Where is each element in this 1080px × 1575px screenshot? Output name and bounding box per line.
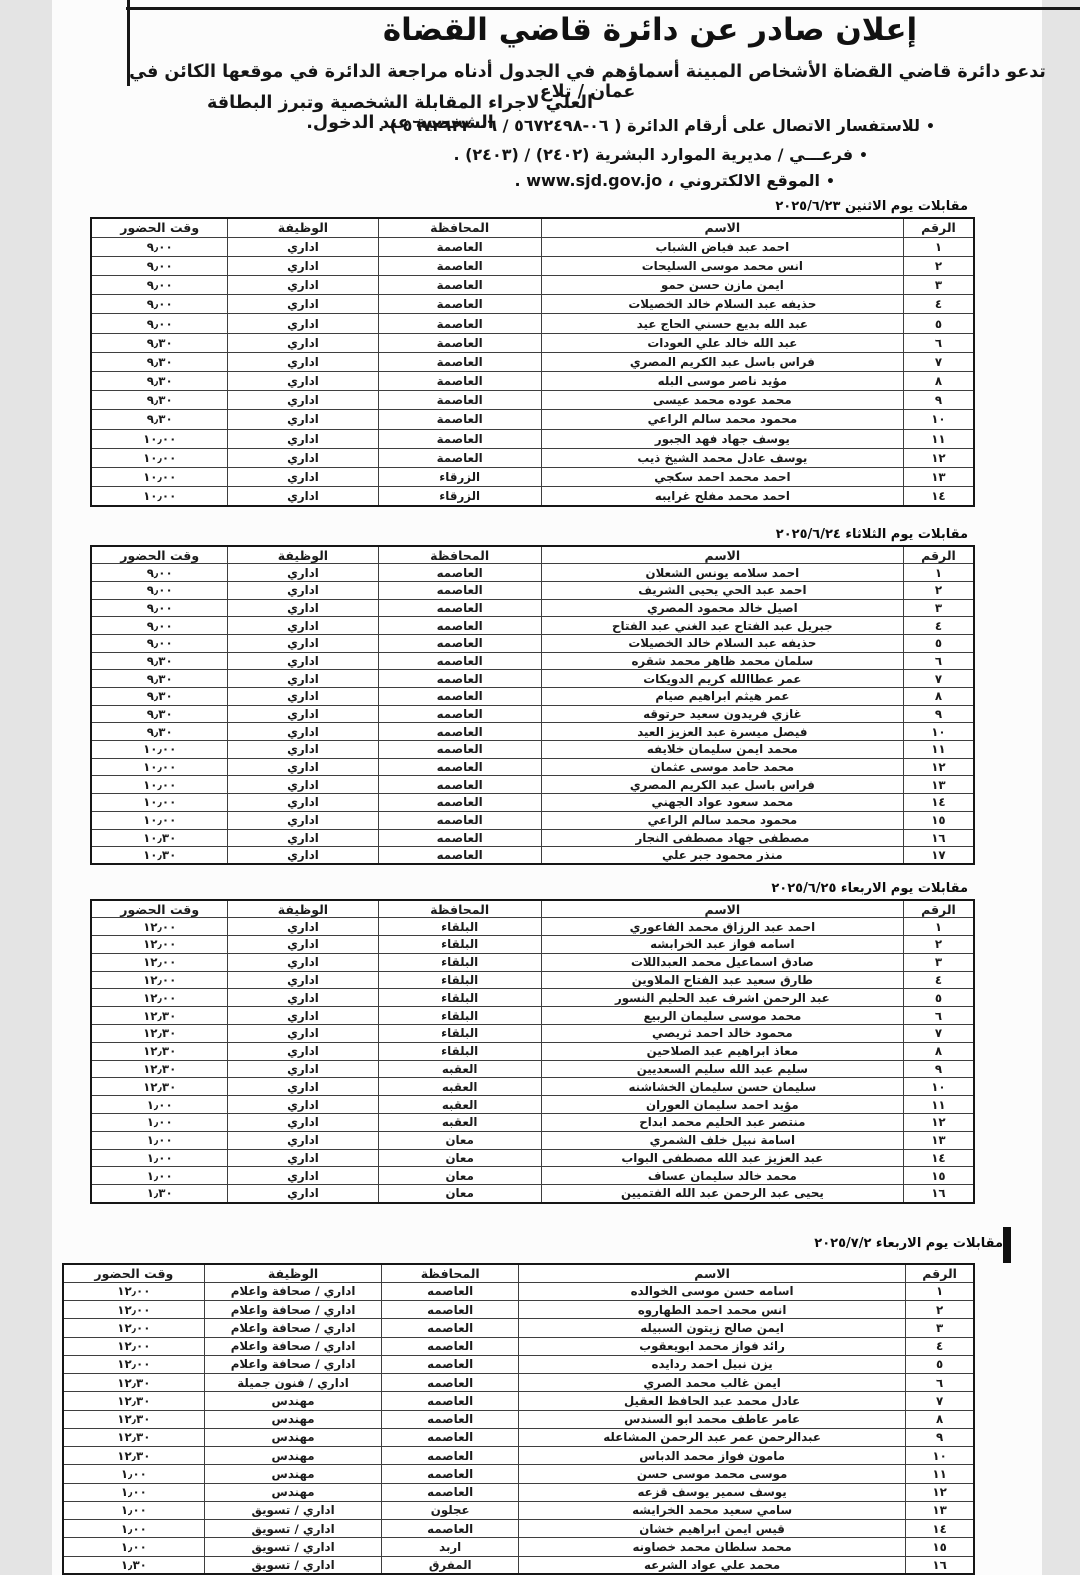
table-cell: محمد عوده محمد عيسى [541, 391, 903, 410]
table-row: ١٥محمود محمد سالم الراعيالعاصمهاداري١٠٫٠… [91, 811, 974, 829]
table-cell: البلقاء [378, 918, 541, 936]
column-header: الاسم [541, 546, 903, 564]
table-cell: العاصمة [378, 391, 541, 410]
table-cell: العاصمة [378, 372, 541, 391]
table-row: ١احمد عبد فياض الشبابالعاصمةاداري٩٫٠٠ [91, 237, 974, 256]
table-row: ٢انس محمد موسى السليحاتالعاصمةاداري٩٫٠٠ [91, 256, 974, 275]
interview-table-tuesday: الرقمالاسمالمحافظةالوظيفةوقت الحضور١احمد… [90, 545, 975, 865]
table-cell: ١٥ [903, 1167, 974, 1185]
column-header: المحافظة [378, 218, 541, 237]
table-cell: ١ [903, 918, 974, 936]
table-cell: ٩٫٠٠ [91, 564, 228, 582]
table-row: ٧عمر عطاالله كريم الدويكاتالعاصمهاداري٩٫… [91, 670, 974, 688]
table-cell: ٧ [903, 1025, 974, 1043]
table-cell: ١٫٣٠ [91, 1185, 228, 1203]
table-cell: اداري [228, 1060, 378, 1078]
table-cell: اداري [228, 741, 378, 759]
table-cell: العاصمه [378, 670, 541, 688]
table-cell: العاصمة [378, 410, 541, 429]
table-cell: العاصمه [382, 1392, 519, 1410]
table-row: ١٢محمد حامد موسى عثمانالعاصمهاداري١٠٫٠٠ [91, 758, 974, 776]
table-cell: اداري [228, 429, 378, 448]
table-cell: ١٫٠٠ [63, 1520, 204, 1538]
table-cell: محمد خالد سليمان عساف [541, 1167, 903, 1185]
column-header: الوظيفة [228, 546, 378, 564]
table-cell: ١٢ [903, 1114, 974, 1132]
table-cell: اداري [228, 276, 378, 295]
header-row: الرقمالاسمالمحافظةالوظيفةوقت الحضور [91, 546, 974, 564]
column-header: وقت الحضور [91, 900, 228, 918]
table-cell: ٥ [903, 989, 974, 1007]
table-cell: العاصمة [378, 314, 541, 333]
table-cell: العاصمة [378, 429, 541, 448]
table-cell: ١٠ [906, 1447, 974, 1465]
table-cell: اداري [228, 705, 378, 723]
table-cell: اداري [228, 1167, 378, 1185]
table-cell: جبريل عبد الفتاح عبد الغني عبد الفتاح [541, 617, 903, 635]
table-cell: فراس باسل عبد الكريم المصري [541, 776, 903, 794]
table-cell: ٩٫٠٠ [91, 599, 228, 617]
table-cell: العاصمه [378, 634, 541, 652]
table-row: ١١يوسف جهاد فهد الجبورالعاصمةاداري١٠٫٠٠ [91, 429, 974, 448]
table-row: ١٠فيصل ميسرة عبد العزيز العيدالعاصمهادار… [91, 723, 974, 741]
table-cell: ٩٫٠٠ [91, 295, 228, 314]
table-cell: اداري [228, 391, 378, 410]
column-header: الاسم [541, 218, 903, 237]
table-cell: ١٢٫٠٠ [91, 971, 228, 989]
table-row: ٦محمد موسى سليمان الربيعالبلقاءاداري١٢٫٣… [91, 1007, 974, 1025]
table-cell: العاصمه [378, 688, 541, 706]
table-cell: ١٠ [903, 410, 974, 429]
table-row: ٣صادق اسماعيل محمد العبداللاتالبلقاءادار… [91, 953, 974, 971]
table-cell: ١٢٫٠٠ [63, 1337, 204, 1355]
table-cell: عبد الرحمن اشرف عبد الحليم النسور [541, 989, 903, 1007]
header-row: الرقمالاسمالمحافظةالوظيفةوقت الحضور [91, 218, 974, 237]
table-cell: ٩٫٠٠ [91, 256, 228, 275]
table-row: ١٤محمد سعود عواد الجهنيالعاصمهاداري١٠٫٠٠ [91, 794, 974, 812]
table-cell: يوسف جهاد فهد الجبور [541, 429, 903, 448]
column-header: وقت الحضور [63, 1264, 204, 1282]
table-cell: مصطفى جهاد مصطفى النجار [541, 829, 903, 847]
table-cell: ٧ [903, 670, 974, 688]
table-row: ١احمد عبد الرزاق محمد الفاعوريالبلقاءادا… [91, 918, 974, 936]
table-cell: ١٢ [906, 1483, 974, 1501]
table-cell: محمود محمد سالم الراعي [541, 811, 903, 829]
table-cell: ١٠٫٠٠ [91, 758, 228, 776]
table-cell: اداري [228, 971, 378, 989]
table-cell: ١٢٫٣٠ [63, 1392, 204, 1410]
table-cell: العاصمه [382, 1355, 519, 1373]
table-row: ٣اصيل خالد محمود المصريالعاصمهاداري٩٫٠٠ [91, 599, 974, 617]
table-cell: العاصمه [382, 1447, 519, 1465]
table-cell: ١٦ [903, 829, 974, 847]
table-cell: العاصمه [378, 581, 541, 599]
table-cell: ٩٫٣٠ [91, 705, 228, 723]
table-cell: ٥ [906, 1355, 974, 1373]
interview-table-wednesday-2: الرقمالاسمالمحافظةالوظيفةوقت الحضور١اسام… [62, 1263, 975, 1575]
table-cell: ٥ [903, 634, 974, 652]
interview-table-wednesday-1: الرقمالاسمالمحافظةالوظيفةوقت الحضور١احمد… [90, 899, 975, 1204]
table-cell: ٨ [903, 688, 974, 706]
table-cell: ١٢٫٠٠ [91, 953, 228, 971]
table-cell: اداري [228, 1007, 378, 1025]
table-cell: العاصمة [378, 352, 541, 371]
table-cell: غازي فريدون سعيد حرتوقه [541, 705, 903, 723]
table-row: ٨عامر عاطف محمد ابو السندسالعاصمهمهندس١٢… [63, 1410, 974, 1428]
table-cell: اداري [228, 688, 378, 706]
phone-number-2: ٠٦-٥٦٧٢٦٣٣ [403, 116, 498, 135]
bullet-branch: •فرعـــي / مديرية الموارد البشرية (٢٤٠٢)… [453, 145, 868, 164]
table-cell: اداري [228, 564, 378, 582]
table-cell: ٤ [903, 971, 974, 989]
column-header: المحافظة [378, 900, 541, 918]
table-cell: ٩٫٣٠ [91, 670, 228, 688]
table-cell: محمد سعود عواد الجهني [541, 794, 903, 812]
table-cell: اداري / تسويق [204, 1520, 382, 1538]
table-cell: ١٢٫٠٠ [91, 918, 228, 936]
table-cell: طارق سعيد عبد الفتاح الملاوين [541, 971, 903, 989]
table-cell: ٧ [903, 352, 974, 371]
table-row: ١احمد سلامه يونس الشعلانالعاصمهاداري٩٫٠٠ [91, 564, 974, 582]
table-cell: اداري [228, 487, 378, 506]
table-cell: عادل محمد عبد الحافظ العقيل [519, 1392, 906, 1410]
bullet-dot-icon: • [853, 148, 868, 164]
column-header: الاسم [541, 900, 903, 918]
table-row: ١اسامه حسن موسى الخوالدهالعاصمهاداري / ص… [63, 1282, 974, 1300]
table-cell: حذيفه عبد السلام خالد الخصيلات [541, 634, 903, 652]
table-cell: مهندس [204, 1447, 382, 1465]
table-cell: اداري [228, 467, 378, 486]
table-cell: ١٤ [903, 1149, 974, 1167]
table-cell: اداري [228, 811, 378, 829]
bullet-phone: •للاستفسار الاتصال على أرقام الدائرة ( ٠… [378, 116, 935, 135]
table-row: ٦ايمن غالب محمد الصريالعاصمهاداري / فنون… [63, 1374, 974, 1392]
table-cell: اداري [228, 237, 378, 256]
table-cell: ١٢٫٠٠ [91, 989, 228, 1007]
table-cell: العاصمه [382, 1410, 519, 1428]
table-cell: ٩٫٠٠ [91, 276, 228, 295]
table-cell: عمر هيثم ابراهيم صيام [541, 688, 903, 706]
table-cell: عمر عطاالله كريم الدويكات [541, 670, 903, 688]
table-cell: عبدالرحمن عمر عبد الرحمن المشاعله [519, 1428, 906, 1446]
table-cell: اداري [228, 1131, 378, 1149]
section-heading-monday: مقابلات يوم الاثنين ٢٠٢٥/٦/٢٣ [775, 199, 968, 214]
table-cell: اداري [228, 295, 378, 314]
table-row: ١٢يوسف سمير يوسف قزعهالعاصمهمهندس١٫٠٠ [63, 1483, 974, 1501]
table-cell: عبد الله بديع حسني الحاج عيد [541, 314, 903, 333]
table-cell: العاصمه [378, 564, 541, 582]
table-cell: اداري [228, 1025, 378, 1043]
table-cell: ١٢٫٠٠ [63, 1282, 204, 1300]
table-row: ٦سلمان محمد ظاهر محمد شقرهالعاصمهاداري٩٫… [91, 652, 974, 670]
table-cell: العاصمه [382, 1337, 519, 1355]
table-cell: اداري [228, 776, 378, 794]
table-cell: محمد حامد موسى عثمان [541, 758, 903, 776]
table-cell: ١٢٫٣٠ [91, 1007, 228, 1025]
table-cell: عبد الله خالد علي العودات [541, 333, 903, 352]
table-cell: اسامة نبيل خلف الشمري [541, 1131, 903, 1149]
table-cell: احمد عبد الرزاق محمد الفاعوري [541, 918, 903, 936]
table-cell: العاصمه [378, 758, 541, 776]
table-cell: اداري [228, 723, 378, 741]
table-cell: اداري [228, 794, 378, 812]
table-cell: ١٫٠٠ [63, 1501, 204, 1519]
branch-bullet-text: فرعـــي / مديرية الموارد البشرية (٢٤٠٢) … [453, 145, 853, 164]
table-cell: ١٢٫٠٠ [63, 1301, 204, 1319]
table-row: ١١موسى محمد موسى حسنالعاصمهمهندس١٫٠٠ [63, 1465, 974, 1483]
table-cell: ٩٫٣٠ [91, 723, 228, 741]
phone-separator: / [503, 116, 509, 135]
table-row: ٩محمد عوده محمد عيسىالعاصمةاداري٩٫٣٠ [91, 391, 974, 410]
table-row: ١٠محمود محمد سالم الراعيالعاصمةاداري٩٫٣٠ [91, 410, 974, 429]
table-cell: ١١ [903, 1096, 974, 1114]
table-row: ١٦محمد علي عواد الشرعهالمفرقاداري / تسوي… [63, 1556, 974, 1574]
table-cell: ١٠٫٣٠ [91, 829, 228, 847]
table-cell: معان [378, 1149, 541, 1167]
table-row: ٥يزن نبيل احمد ردايدهالعاصمهاداري / صحاف… [63, 1355, 974, 1373]
table-cell: العاصمة [378, 276, 541, 295]
table-cell: ١٢٫٣٠ [91, 1025, 228, 1043]
table-row: ٤حذيفه عبد السلام خالد الخصيلاتالعاصمةاد… [91, 295, 974, 314]
table-cell: البلقاء [378, 953, 541, 971]
section-heading-wednesday-1: مقابلات يوم الاربعاء ٢٠٢٥/٦/٢٥ [771, 881, 968, 896]
table-row: ٤جبريل عبد الفتاح عبد الغني عبد الفتاحال… [91, 617, 974, 635]
table-cell: منذر محمود جبر علي [541, 847, 903, 865]
table-cell: يزن نبيل احمد ردايده [519, 1355, 906, 1373]
table-cell: ١١ [903, 741, 974, 759]
table-cell: اداري [228, 352, 378, 371]
table-cell: معاذ ابراهيم عبد الصلاحين [541, 1042, 903, 1060]
table-cell: ٩٫٠٠ [91, 581, 228, 599]
table-cell: اداري [228, 256, 378, 275]
table-row: ٨معاذ ابراهيم عبد الصلاحينالبلقاءاداري١٢… [91, 1042, 974, 1060]
table-cell: اداري [228, 829, 378, 847]
phone-bullet-text: للاستفسار الاتصال على أرقام الدائرة ( [614, 116, 920, 135]
table-cell: ١ [906, 1282, 974, 1300]
table-row: ١٤احمد محمد مفلح غرايبهالزرقاءاداري١٠٫٠٠ [91, 487, 974, 506]
column-header: الوظيفة [228, 218, 378, 237]
header-row: الرقمالاسمالمحافظةالوظيفةوقت الحضور [91, 900, 974, 918]
table-cell: احمد سلامه يونس الشعلان [541, 564, 903, 582]
table-cell: قيس ايمن ابراهيم خشان [519, 1520, 906, 1538]
table-cell: اداري [228, 1042, 378, 1060]
table-cell: ١٠٫٠٠ [91, 487, 228, 506]
column-header: المحافظة [382, 1264, 519, 1282]
table-cell: محمد علي عواد الشرعه [519, 1556, 906, 1574]
table-cell: العاصمه [382, 1374, 519, 1392]
table-cell: العاصمه [382, 1282, 519, 1300]
fold-mark [1003, 1227, 1011, 1263]
table-cell: محمود محمد سالم الراعي [541, 410, 903, 429]
table-cell: اداري [228, 1149, 378, 1167]
table-cell: ٣ [906, 1319, 974, 1337]
top-border-line [126, 7, 1080, 10]
bullet-website: •الموقع الالكتروني ، www.sjd.gov.jo . [515, 171, 835, 190]
table-cell: البلقاء [378, 989, 541, 1007]
table-row: ١٠مامون فواز محمد الدباسالعاصمهمهندس١٢٫٣… [63, 1447, 974, 1465]
table-cell: اداري [228, 847, 378, 865]
table-row: ١٦يحيى عبد الرحمن عبد الله الفتميينمعانا… [91, 1185, 974, 1203]
table-cell: ١٢٫٠٠ [63, 1319, 204, 1337]
table-cell: اصيل خالد محمود المصري [541, 599, 903, 617]
table-cell: فراس باسل عبد الكريم المصري [541, 352, 903, 371]
column-header: الرقم [903, 546, 974, 564]
table-cell: معان [378, 1131, 541, 1149]
table-cell: فيصل ميسرة عبد العزيز العيد [541, 723, 903, 741]
column-header: الرقم [906, 1264, 974, 1282]
table-row: ٧عادل محمد عبد الحافظ العقيلالعاصمهمهندس… [63, 1392, 974, 1410]
table-cell: ١٠٫٠٠ [91, 741, 228, 759]
table-cell: ١٢٫٠٠ [91, 936, 228, 954]
interview-table-monday: الرقمالاسمالمحافظةالوظيفةوقت الحضور١احمد… [90, 217, 975, 507]
table-row: ٣ايمن صالح زيتون السبيلهالعاصمهاداري / ص… [63, 1319, 974, 1337]
table-cell: ١٫٠٠ [63, 1483, 204, 1501]
table-cell: ١٤ [903, 487, 974, 506]
column-header: المحافظة [378, 546, 541, 564]
table-row: ١٢يوسف عادل محمد الشيخ ذيبالعاصمةاداري١٠… [91, 448, 974, 467]
table-row: ١٥محمد سلطان محمد خصاونهاربداداري / تسوي… [63, 1538, 974, 1556]
table-cell: اداري / صحافة واعلام [204, 1282, 382, 1300]
table-cell: العاصمة [378, 448, 541, 467]
table-cell: حذيفه عبد السلام خالد الخصيلات [541, 295, 903, 314]
table-cell: اداري [228, 758, 378, 776]
table-cell: ١٫٠٠ [91, 1114, 228, 1132]
table-row: ١٣فراس باسل عبد الكريم المصريالعاصمهادار… [91, 776, 974, 794]
table-cell: ٩٫٣٠ [91, 410, 228, 429]
section-heading-tuesday: مقابلات يوم الثلاثاء ٢٠٢٥/٦/٢٤ [776, 527, 968, 542]
table-cell: ٢ [903, 581, 974, 599]
table-cell: ١٥ [906, 1538, 974, 1556]
table-cell: محمد ايمن سليمان خلايفه [541, 741, 903, 759]
table-cell: ١٢٫٣٠ [91, 1078, 228, 1096]
website-suffix: . [515, 171, 521, 190]
table-cell: ٢ [903, 936, 974, 954]
table-cell: اداري / صحافة واعلام [204, 1319, 382, 1337]
table-cell: مؤيد احمد سليمان العوران [541, 1096, 903, 1114]
table-cell: انس محمد احمد الطهاروه [519, 1301, 906, 1319]
table-cell: اداري [228, 333, 378, 352]
table-cell: ١٦ [903, 1185, 974, 1203]
table-cell: ١٠ [903, 1078, 974, 1096]
table-cell: اداري [228, 652, 378, 670]
table-row: ٤رائد فواز محمد ابويعقوبالعاصمهاداري / ص… [63, 1337, 974, 1355]
table-cell: اداري / تسويق [204, 1538, 382, 1556]
website-url: www.sjd.gov.jo [526, 171, 662, 190]
table-cell: اداري [228, 372, 378, 391]
table-cell: ٣ [903, 953, 974, 971]
table-cell: احمد محمد احمد سكجي [541, 467, 903, 486]
table-cell: العاصمه [382, 1428, 519, 1446]
table-cell: العاصمه [378, 723, 541, 741]
column-header: الرقم [903, 900, 974, 918]
table-cell: ايمن غالب محمد الصري [519, 1374, 906, 1392]
table-cell: ١٢٫٣٠ [63, 1374, 204, 1392]
table-cell: ١٫٠٠ [91, 1167, 228, 1185]
table-cell: ١ [903, 564, 974, 582]
table-row: ٣ايمن مازن حسن حموالعاصمةاداري٩٫٠٠ [91, 276, 974, 295]
table-cell: اداري [228, 670, 378, 688]
table-cell: ١٫٣٠ [63, 1556, 204, 1574]
table-cell: ٩ [903, 1060, 974, 1078]
table-cell: البلقاء [378, 1025, 541, 1043]
table-cell: يوسف عادل محمد الشيخ ذيب [541, 448, 903, 467]
table-cell: اداري [228, 936, 378, 954]
table-cell: ١٣ [903, 776, 974, 794]
table-cell: ٩٫٣٠ [91, 391, 228, 410]
table-cell: ٤ [903, 295, 974, 314]
table-cell: العاصمه [378, 776, 541, 794]
table-cell: ١٤ [903, 794, 974, 812]
table-cell: ٦ [903, 652, 974, 670]
table-cell: ٩ [903, 391, 974, 410]
table-cell: العاصمه [378, 599, 541, 617]
table-cell: العاصمه [378, 705, 541, 723]
table-row: ٩عبدالرحمن عمر عبد الرحمن المشاعلهالعاصم… [63, 1428, 974, 1446]
table-cell: العاصمه [378, 794, 541, 812]
table-cell: عجلون [382, 1501, 519, 1519]
table-cell: ٦ [906, 1374, 974, 1392]
table-cell: ٣ [903, 599, 974, 617]
table-row: ٦عبد الله خالد علي العوداتالعاصمةاداري٩٫… [91, 333, 974, 352]
table-cell: صادق اسماعيل محمد العبداللات [541, 953, 903, 971]
table-cell: اداري [228, 989, 378, 1007]
bullet-dot-icon: • [920, 119, 935, 135]
table-cell: ١١ [906, 1465, 974, 1483]
table-cell: ١٤ [906, 1520, 974, 1538]
table-row: ٨مؤيد ناصر موسى البلهالعاصمةاداري٩٫٣٠ [91, 372, 974, 391]
table-cell: اداري [228, 1114, 378, 1132]
table-cell: اربد [382, 1538, 519, 1556]
table-row: ١٤عبد العزيز عبد الله مصطفى البوابمعاناد… [91, 1149, 974, 1167]
column-header: الوظيفة [228, 900, 378, 918]
table-cell: اداري / صحافة واعلام [204, 1355, 382, 1373]
table-cell: العاصمه [382, 1319, 519, 1337]
table-cell: ٩٫٣٠ [91, 333, 228, 352]
table-cell: مهندس [204, 1428, 382, 1446]
table-cell: ١٫٠٠ [91, 1149, 228, 1167]
table-cell: ١٫٠٠ [91, 1096, 228, 1114]
table-cell: ٩٫٠٠ [91, 634, 228, 652]
table-cell: ١٢٫٠٠ [63, 1355, 204, 1373]
table-cell: ٨ [906, 1410, 974, 1428]
table-cell: مهندس [204, 1392, 382, 1410]
table-cell: ١٫٠٠ [63, 1465, 204, 1483]
table-cell: العاصمه [378, 847, 541, 865]
table-row: ٩سليم عبد الله سليم السعديينالعقبهاداري١… [91, 1060, 974, 1078]
table-cell: اداري [228, 918, 378, 936]
table-row: ١٣اسامة نبيل خلف الشمريمعاناداري١٫٠٠ [91, 1131, 974, 1149]
header-row: الرقمالاسمالمحافظةالوظيفةوقت الحضور [63, 1264, 974, 1282]
table-cell: العاصمه [378, 617, 541, 635]
table-row: ١٧منذر محمود جبر عليالعاصمهاداري١٠٫٣٠ [91, 847, 974, 865]
table-cell: العقبه [378, 1060, 541, 1078]
table-cell: ١٢ [903, 758, 974, 776]
table-cell: مهندس [204, 1465, 382, 1483]
table-cell: ٩٫٠٠ [91, 314, 228, 333]
table-cell: العاصمة [378, 237, 541, 256]
table-cell: محمود خالد احمد ثريصي [541, 1025, 903, 1043]
table-cell: العاصمة [378, 333, 541, 352]
section-heading-wednesday-2: مقابلات يوم الاربعاء ٢٠٢٥/٧/٢ [814, 1236, 1003, 1251]
table-cell: العاصمة [378, 256, 541, 275]
table-cell: العاصمة [378, 295, 541, 314]
table-cell: ١٫٠٠ [91, 1131, 228, 1149]
table-cell: مهندس [204, 1483, 382, 1501]
bullet-dot-icon: • [820, 174, 835, 190]
table-row: ١٤قيس ايمن ابراهيم خشانالعاصمهاداري / تس… [63, 1520, 974, 1538]
table-row: ١٣سامي سعيد محمد الخرايشهعجلوناداري / تس… [63, 1501, 974, 1519]
table-cell: ١ [903, 237, 974, 256]
